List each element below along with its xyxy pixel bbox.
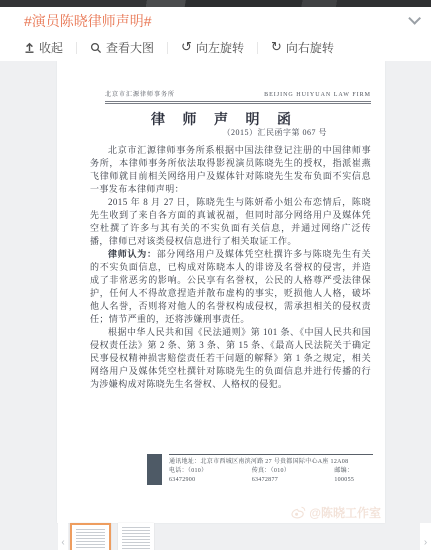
firm-name-en: BEIJING HUIYUAN LAW FIRM: [264, 92, 371, 98]
chevron-down-icon[interactable]: [408, 12, 421, 25]
footer-fax: 传真：（010）63472877: [252, 467, 317, 485]
rotate-left-label: 向左旋转: [196, 39, 244, 56]
cropped-content-above: [0, 0, 431, 7]
footer-postcode: 邮编：100055: [334, 467, 373, 485]
document-body: 北京市汇源律师事务所系根据中国法律登记注册的中国律师事务所，本律师事务所依法取得…: [90, 144, 371, 391]
rotate-right-label: 向右旋转: [286, 39, 334, 56]
paragraph-3-lead: 律师认为：: [108, 249, 157, 259]
hashtag-topic-link[interactable]: #演员陈晓律师声明#: [24, 11, 152, 31]
rotate-right-button[interactable]: ↻ 向右旋转: [271, 39, 334, 56]
search-icon: [90, 42, 102, 54]
weibo-watermark: @陈晓工作室: [291, 504, 381, 521]
footer-phone: 电话：（010）63472900: [169, 467, 234, 485]
paragraph-2: 2015 年 8 月 27 日，陈晓先生与陈妍希小姐公布恋情后，陈晓先生收到了来…: [90, 196, 371, 248]
image-viewer-area: 北京市汇源律师事务所 BEIJING HUIYUAN LAW FIRM 律 师 …: [0, 61, 431, 550]
thumbnail-preview-lines: [76, 529, 105, 550]
firm-name-cn: 北京市汇源律师事务所: [105, 89, 175, 98]
paragraph-1: 北京市汇源律师事务所系根据中国法律登记注册的中国律师事务所，本律师事务所依法取得…: [90, 144, 371, 196]
thumbnail-page-2[interactable]: [118, 523, 154, 550]
image-toolbar: 收起 查看大图 ↺ 向左旋转 ↻ 向右旋转: [0, 34, 431, 61]
document-title: 律 师 声 明 函: [57, 109, 385, 129]
collapse-button[interactable]: 收起: [24, 39, 63, 56]
footer-address: 通讯地址：北京市西城区南滨河路 27 号贵都国际中心A座 12A08: [169, 458, 373, 467]
thumbnail-preview-lines: [122, 527, 150, 550]
toolbar-divider: [257, 42, 258, 54]
document-ref-number: （2015）汇民函字第 067 号: [57, 127, 327, 138]
thumbnail-page-1-selected[interactable]: [70, 523, 111, 550]
footer-line2: 电话：（010）63472900 传真：（010）63472877 邮编：100…: [169, 467, 373, 485]
view-large-button[interactable]: 查看大图: [90, 39, 154, 56]
letterhead: 北京市汇源律师事务所 BEIJING HUIYUAN LAW FIRM: [105, 89, 371, 104]
toolbar-divider: [167, 42, 168, 54]
rotate-right-icon: ↻: [271, 41, 282, 54]
post-title-row: #演员陈晓律师声明#: [0, 7, 431, 34]
paragraph-3: 律师认为：部分网络用户及媒体凭空杜撰许多与陈晓先生有关的不实负面信息，已构成对陈…: [90, 248, 371, 326]
weibo-image-viewer: #演员陈晓律师声明# 收起 查看大图 ↺ 向左旋转 ↻ 向右旋转: [0, 0, 431, 550]
weibo-logo-icon: [291, 506, 306, 519]
toolbar-divider: [76, 42, 77, 54]
rotate-left-button[interactable]: ↺ 向左旋转: [181, 39, 244, 56]
rotate-left-icon: ↺: [181, 41, 192, 54]
collapse-arrow-icon: [24, 42, 35, 53]
footer-accent-block: [147, 454, 162, 485]
watermark-username: @陈晓工作室: [309, 504, 381, 521]
view-large-label: 查看大图: [106, 39, 154, 56]
document-footer: 通讯地址：北京市西城区南滨河路 27 号贵都国际中心A座 12A08 电话：（0…: [147, 454, 373, 485]
statement-document-image[interactable]: 北京市汇源律师事务所 BEIJING HUIYUAN LAW FIRM 律 师 …: [57, 61, 385, 523]
thumbnail-pager-left[interactable]: ‹: [58, 523, 68, 550]
paragraph-3-rest: 部分网络用户及媒体凭空杜撰许多与陈晓先生有关的不实负面信息，已构成对陈晓本人的诽…: [90, 249, 371, 324]
footer-contact-info: 通讯地址：北京市西城区南滨河路 27 号贵都国际中心A座 12A08 电话：（0…: [169, 454, 373, 485]
thumbnail-pager-right[interactable]: ›: [420, 523, 431, 550]
paragraph-4: 根据中华人民共和国《民法通则》第 101 条、《中国人民共和国侵权责任法》第 2…: [90, 326, 371, 391]
collapse-label: 收起: [39, 39, 63, 56]
